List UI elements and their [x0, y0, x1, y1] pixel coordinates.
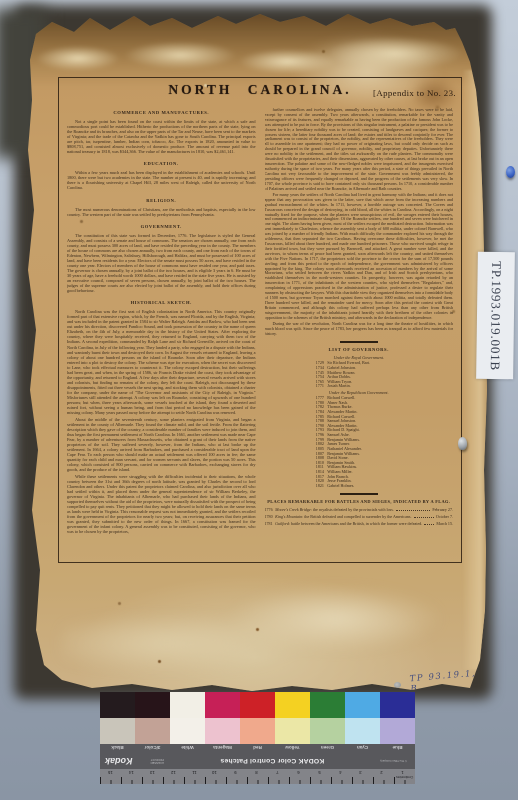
battle-text: : battle between the Americans and the B… [289, 522, 422, 527]
color-patch-dark [380, 692, 415, 718]
battle-entry: 1776Moore's Creek Bridge: the royalists … [265, 507, 454, 513]
printed-page-border: NORTH CAROLINA. [Appendix to No. 23. COM… [58, 77, 462, 563]
color-patch-light [380, 718, 415, 744]
governor-year: 1771 [316, 384, 325, 389]
battle-date: February 27. [432, 508, 453, 513]
battles-heading: PLACES REMARKABLE FOR BATTLES AND SIEGES… [265, 499, 454, 504]
patch-label: Blue [380, 745, 415, 750]
section-heading-religion: RELIGION. [67, 198, 256, 203]
dotted-leader [396, 507, 431, 511]
ruler-number: 11 [184, 770, 205, 775]
battle-place: King's Mountain [275, 515, 302, 520]
governor-name: Josiah Martin. [327, 384, 350, 389]
push-pin [458, 437, 467, 450]
patch-label: White [170, 745, 205, 750]
governor-row: 1821Gabriel Holmes. [316, 484, 402, 489]
ruler-numbers: 123456789101112131415 [100, 770, 415, 775]
governors-republican-list: 1777Richard Caswell.1780Abner Nash.1782T… [316, 396, 402, 489]
historical-sketch-continued: further counsellors and twelve delegates… [265, 108, 454, 337]
battle-date: March 15. [436, 522, 453, 527]
patch-label: 3/Color [135, 745, 170, 750]
patch-label: Magenta [205, 745, 240, 750]
color-patch-dark [135, 692, 170, 718]
paragraph: The most numerous denominations of Chris… [67, 207, 256, 217]
fine-print: © The Tiffen Company [380, 759, 410, 762]
section-commerce: Not a single point has been found on the… [67, 119, 256, 154]
battle-year: 1781 [265, 522, 273, 527]
ruler-number: 15 [100, 770, 121, 775]
governor-year: 1821 [316, 484, 325, 489]
color-patch-dark [240, 692, 275, 718]
governor-row: 1771Josiah Martin. [316, 384, 402, 389]
ruler-number: 10 [204, 770, 225, 775]
color-patch-light [135, 718, 170, 744]
ruler-number: 7 [267, 770, 288, 775]
battle-text: : the royalists defeated by the provinci… [311, 508, 394, 513]
color-patch-dark [275, 692, 310, 718]
paragraph: Not a single point has been found on the… [67, 119, 256, 154]
patch-label: Cyan [345, 745, 380, 750]
kodak-label-band: Black3/ColorWhiteMagentaRedYellowGreenCy… [100, 744, 415, 769]
battle-date: October 7. [436, 515, 453, 520]
paragraph: further counsellors and twelve delegates… [265, 108, 454, 191]
color-patch-light [170, 718, 205, 744]
paragraph: The constitution of this state was forme… [67, 233, 256, 294]
ruler-major-ticks [100, 777, 415, 785]
section-religion: The most numerous denominations of Chris… [67, 207, 256, 217]
governors-heading: LIST OF GOVERNORS. [265, 347, 454, 352]
paragraph: During the war of the revolution, North … [265, 322, 454, 337]
license-note: LICENSED PRODUCT [138, 758, 164, 764]
bottom-water-stain [62, 565, 482, 685]
divider-rule [340, 341, 378, 344]
color-patch-dark [100, 692, 135, 718]
color-patch-dark [205, 692, 240, 718]
section-education: Within a few years much zeal has been di… [67, 170, 256, 190]
ruler-number: 13 [142, 770, 163, 775]
battle-place: Moore's Creek Bridge [275, 508, 311, 513]
color-patch-light [240, 718, 275, 744]
divider-rule [340, 493, 378, 496]
kodak-logo: Kodak [105, 756, 133, 766]
battle-year: 1780 [265, 515, 273, 520]
republican-subheading: Under the Republican Government. [265, 390, 454, 395]
patch-label: Green [310, 745, 345, 750]
dotted-leader [414, 514, 434, 518]
ruler-number: 9 [225, 770, 246, 775]
battle-year: 1776 [265, 508, 273, 513]
paragraph: Within a few years much zeal has been di… [67, 170, 256, 190]
kodak-product-name: KODAK Color Control Patches [164, 757, 380, 764]
ruler-number: 3 [350, 770, 371, 775]
kodak-color-bar: Black3/ColorWhiteMagentaRedYellowGreenCy… [100, 692, 415, 784]
section-historical-sketch: North Carolina was the first seat of Eng… [67, 309, 256, 534]
hole-mark [394, 682, 401, 688]
color-patch-light [275, 718, 310, 744]
patch-label: Red [240, 745, 275, 750]
dotted-leader [424, 520, 434, 524]
ruler-number: 12 [163, 770, 184, 775]
paragraph: For many years the settlers of North Car… [265, 193, 454, 321]
ruler-number: 8 [246, 770, 267, 775]
color-patch-light [100, 718, 135, 744]
governor-name: Gabriel Holmes. [327, 484, 354, 489]
ruler-number: 14 [121, 770, 142, 775]
color-patch-light [205, 718, 240, 744]
ruler-number: 2 [371, 770, 392, 775]
color-patch-dark [170, 692, 205, 718]
document-paper: NORTH CAROLINA. [Appendix to No. 23. COM… [22, 10, 488, 692]
section-heading-government: GOVERNMENT. [67, 224, 256, 229]
battle-entry: 1781Guilford: battle between the America… [265, 520, 454, 526]
ruler-number: 1 [392, 770, 413, 775]
section-heading-education: EDUCATION. [67, 161, 256, 166]
color-patch-dark [345, 692, 380, 718]
ruler-number: 6 [288, 770, 309, 775]
battle-entry: 1780King's Mountain: the British defeate… [265, 514, 454, 520]
kodak-logo-row: Kodak LICENSED PRODUCT KODAK Color Contr… [100, 752, 415, 769]
section-heading-historical-sketch: HISTORICAL SKETCH. [67, 300, 256, 305]
column-left: COMMERCE AND MANUFACTURES. Not a single … [67, 108, 256, 559]
photo-background: NORTH CAROLINA. [Appendix to No. 23. COM… [0, 0, 518, 800]
column-right: further counsellors and twelve delegates… [265, 108, 454, 559]
catalog-label: TP.1993.019.001B [476, 252, 515, 380]
light-patch-row [100, 718, 415, 744]
governors-royal-list: 1729Sir Richard Everard, Bart.1734Gabrie… [316, 361, 402, 389]
battles-list: 1776Moore's Creek Bridge: the royalists … [265, 507, 454, 527]
dark-patch-row [100, 692, 415, 718]
patch-label: Black [100, 745, 135, 750]
catalog-number: TP.1993.019.001B [487, 260, 505, 370]
battle-text: : the British defeated and compelled to … [302, 515, 411, 520]
color-patch-light [345, 718, 380, 744]
section-government: The constitution of this state was forme… [67, 233, 256, 294]
patch-labels-row: Black3/ColorWhiteMagentaRedYellowGreenCy… [100, 745, 415, 750]
battle-place: Guilford [275, 522, 289, 527]
blue-pin [506, 166, 515, 178]
paragraph: North Carolina was the first seat of Eng… [67, 309, 256, 415]
text-columns: COMMERCE AND MANUFACTURES. Not a single … [67, 108, 453, 559]
paragraph: While these settlements were struggling … [67, 474, 256, 535]
color-patch-light [310, 718, 345, 744]
color-patch-dark [310, 692, 345, 718]
paragraph: About the middle of the seventeenth cent… [67, 417, 256, 473]
ruler-unit-label: Centimetres [396, 775, 413, 779]
section-heading-commerce: COMMERCE AND MANUFACTURES. [67, 110, 256, 115]
ruler-number: 4 [330, 770, 351, 775]
patch-label: Yellow [275, 745, 310, 750]
appendix-note: [Appendix to No. 23. [373, 88, 456, 98]
ruler-number: 5 [309, 770, 330, 775]
centimetre-ruler: 123456789101112131415 Centimetres [100, 769, 415, 784]
